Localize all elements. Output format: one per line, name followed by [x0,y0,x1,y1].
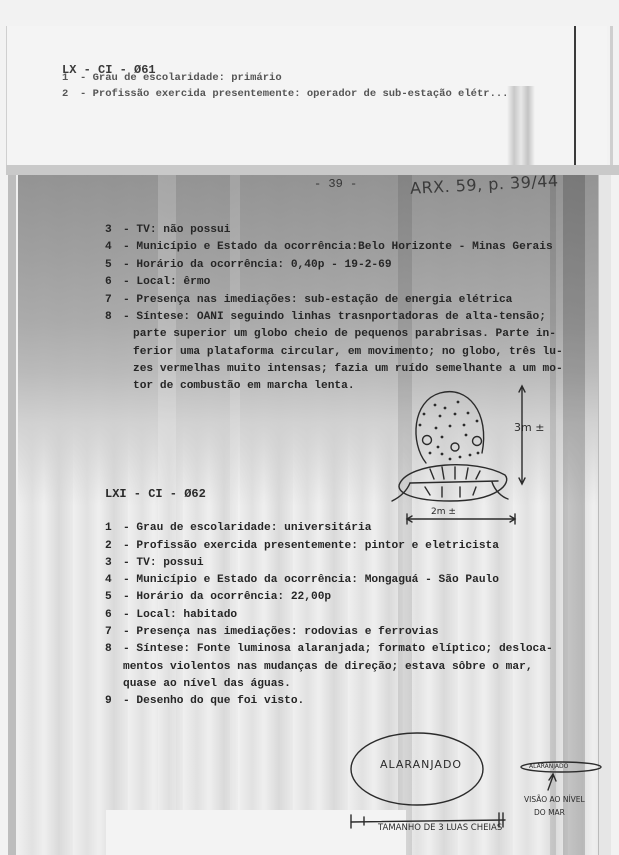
height-dimension-label: 3m ± [514,421,544,434]
item-line: 6- Local: habitado [105,609,237,621]
page-edge-line [574,26,576,165]
scan-smudge [507,86,535,165]
item-line: 2- Profissão exercida presentemente: pin… [105,540,499,552]
item-line: 9- Desenho do que foi visto. [105,695,304,707]
side-view-caption: VISÃO AO NÍVEL [524,795,585,804]
scan-streak [230,175,240,855]
item-line: 1- Grau de escolaridade: primário [62,72,282,84]
ellipse-color-label: ALARANJADO [380,758,462,771]
item-line: 1- Grau de escolaridade: universitária [105,522,371,534]
item-line: 4- Município e Estado da ocorrência: Mon… [105,574,499,586]
page-left-edge [8,175,16,855]
page-number: - 39 - [314,177,357,191]
item-line: 7- Presença nas imediações: rodovias e f… [105,626,439,638]
size-comparison-label: TAMANHO DE 3 LUAS CHEIAS [378,823,502,833]
item-line: 4- Município e Estado da ocorrência:Belo… [105,241,553,253]
synthesis-continuation: mentos violentos nas mudanças de direção… [123,661,533,673]
page-edge-shadow [610,26,613,165]
synthesis-continuation: quase ao nível das águas. [123,678,291,690]
item-line: 7- Presença nas imediações: sub-estação … [105,294,512,306]
page-separator [6,165,619,175]
width-dimension-label: 2m ± [431,507,456,517]
ufo-globe-sketch [380,383,540,533]
case-code-lxi: LXI - CI - Ø62 [105,487,206,501]
synthesis-continuation: tor de combustão em marcha lenta. [133,380,355,392]
item-line: 6- Local: êrmo [105,276,210,288]
side-view-caption: DO MAR [534,808,565,817]
item-line: 5- Horário da ocorrência: 0,40p - 19-2-6… [105,259,392,271]
synthesis-continuation: ferior uma plataforma circular, em movim… [133,346,563,358]
previous-page-fragment: LX - CI - Ø61 1- Grau de escolaridade: p… [6,26,607,165]
item-line: 8- Síntese: Fonte luminosa alaranjada; f… [105,643,553,655]
document-page-39: - 39 - ARX. 59, p. 39/44 3- TV: não poss… [8,175,611,855]
side-view-color-label: ALARANJADO [529,763,568,770]
item-line: 8- Síntese: OANI seguindo linhas trasnpo… [105,311,546,323]
item-line: 5- Horário da ocorrência: 22,00p [105,591,331,603]
synthesis-continuation: parte superior um globo cheio de pequeno… [133,328,556,340]
synthesis-continuation: zes vermelhas muito intensas; fazia um r… [133,363,563,375]
item-line: 3- TV: não possui [105,224,230,236]
item-line: 2- Profissão exercida presentemente: ope… [62,88,508,100]
item-line: 3- TV: possui [105,557,204,569]
